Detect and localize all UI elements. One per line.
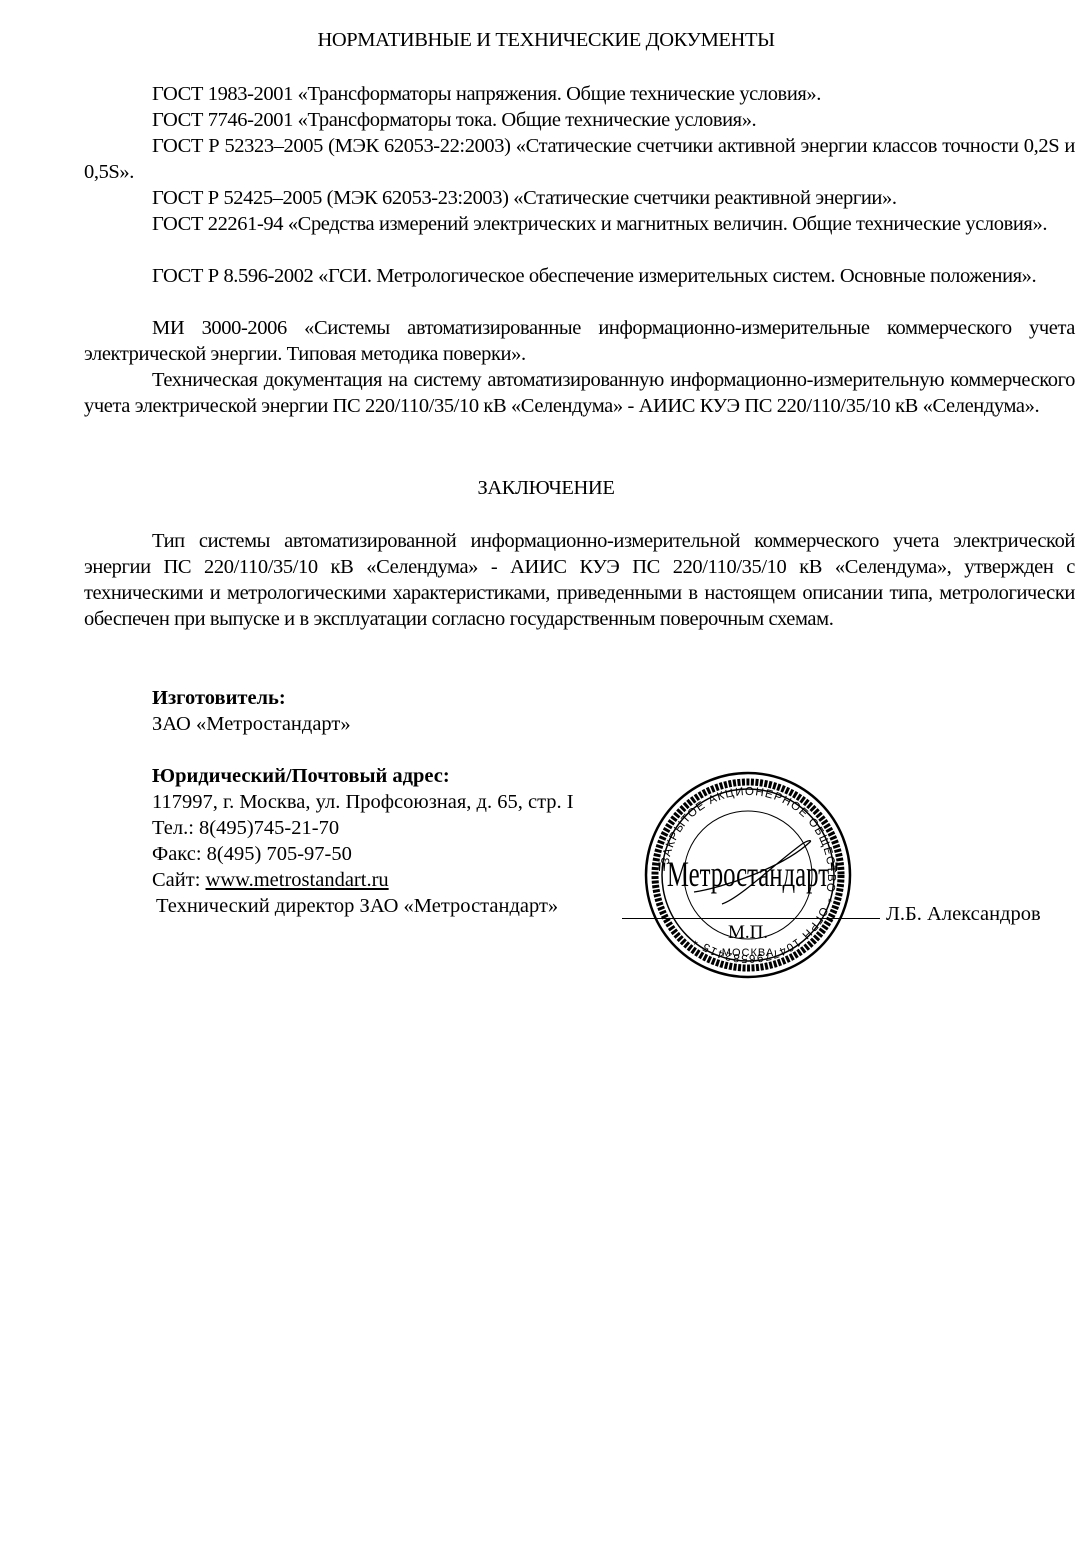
company-seal-stamp: ЗАКРЫТОЕ АКЦИОНЕРНОЕ ОБЩЕСТВО * ОГРН 104… bbox=[632, 770, 864, 980]
normative-item-text: МИ 3000-2006 «Системы автоматизированные… bbox=[84, 317, 1075, 365]
stamp-city: МОСКВА bbox=[722, 947, 774, 959]
address-street: 117997, г. Москва, ул. Профсоюзная, д. 6… bbox=[152, 789, 574, 815]
normative-item-6: ГОСТ Р 8.596-2002 «ГСИ. Метрологическое … bbox=[84, 263, 1075, 289]
normative-item-1: ГОСТ 1983-2001 «Трансформаторы напряжени… bbox=[84, 81, 1075, 107]
address-label: Юридический/Почтовый адрес: bbox=[152, 763, 450, 789]
normative-item-text: ГОСТ 1983-2001 «Трансформаторы напряжени… bbox=[152, 83, 821, 105]
normative-item-3: ГОСТ Р 52323–2005 (МЭК 62053-22:2003) «С… bbox=[84, 133, 1075, 185]
manufacturer-label: Изготовитель: bbox=[152, 685, 286, 711]
address-fax: Факс: 8(495) 705-97-50 bbox=[152, 841, 352, 867]
normative-item-7: МИ 3000-2006 «Системы автоматизированные… bbox=[84, 315, 1075, 367]
normative-item-text: ГОСТ Р 52425–2005 (МЭК 62053-23:2003) «С… bbox=[152, 187, 897, 209]
document-page: НОРМАТИВНЫЕ И ТЕХНИЧЕСКИЕ ДОКУМЕНТЫ ГОСТ… bbox=[0, 0, 1092, 1560]
normative-item-text: Техническая документация на систему авто… bbox=[84, 369, 1075, 417]
conclusion-text: Тип системы автоматизированной информаци… bbox=[84, 530, 1075, 630]
normative-item-5: ГОСТ 22261-94 «Средства измерений электр… bbox=[84, 211, 1075, 237]
site-link[interactable]: www.metrostandart.ru bbox=[206, 869, 389, 891]
normative-item-text: ГОСТ 22261-94 «Средства измерений электр… bbox=[152, 213, 1047, 235]
conclusion-paragraph: Тип системы автоматизированной информаци… bbox=[84, 528, 1075, 632]
signatory-position: Технический директор ЗАО «Метростандарт» bbox=[156, 893, 558, 919]
signatory-name: Л.Б. Александров bbox=[886, 901, 1041, 927]
signature-line bbox=[622, 918, 880, 919]
address-site: Сайт: www.metrostandart.ru bbox=[152, 867, 389, 893]
normative-item-2: ГОСТ 7746-2001 «Трансформаторы тока. Общ… bbox=[84, 107, 1075, 133]
normative-item-text: ГОСТ Р 52323–2005 (МЭК 62053-22:2003) «С… bbox=[84, 135, 1075, 183]
normative-item-8: Техническая документация на систему авто… bbox=[84, 367, 1075, 419]
manufacturer-name: ЗАО «Метростандарт» bbox=[152, 711, 351, 737]
site-label: Сайт: bbox=[152, 869, 206, 891]
normative-item-4: ГОСТ Р 52425–2005 (МЭК 62053-23:2003) «С… bbox=[84, 185, 1075, 211]
normative-item-text: ГОСТ Р 8.596-2002 «ГСИ. Метрологическое … bbox=[152, 265, 1036, 287]
stamp-mp-label: М.П. bbox=[728, 922, 768, 943]
normative-item-text: ГОСТ 7746-2001 «Трансформаторы тока. Общ… bbox=[152, 109, 756, 131]
conclusion-heading: ЗАКЛЮЧЕНИЕ bbox=[0, 475, 1092, 501]
normative-heading: НОРМАТИВНЫЕ И ТЕХНИЧЕСКИЕ ДОКУМЕНТЫ bbox=[0, 27, 1092, 53]
address-phone: Тел.: 8(495)745-21-70 bbox=[152, 815, 339, 841]
